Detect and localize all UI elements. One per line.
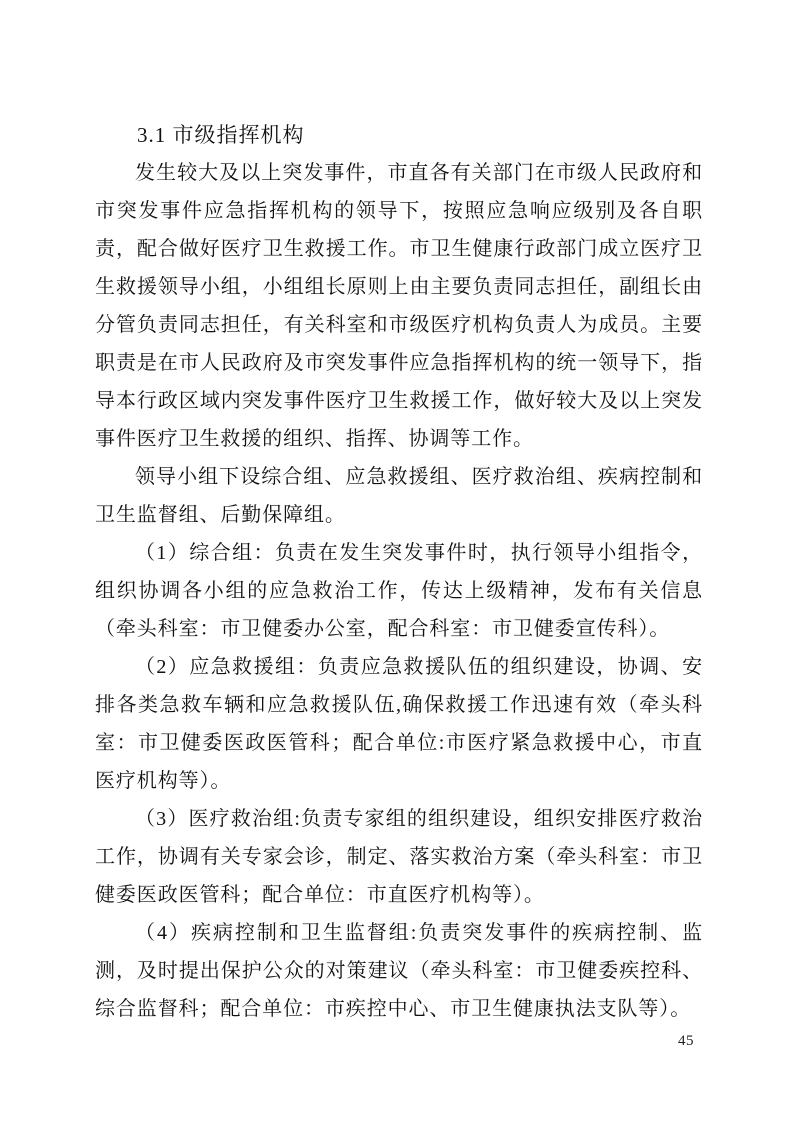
section-heading: 3.1 市级指挥机构 — [95, 116, 703, 154]
body-paragraph: 发生较大及以上突发事件，市直各有关部门在市级人民政府和市突发事件应急指挥机构的领… — [95, 154, 703, 458]
body-paragraph: （3）医疗救治组:负责专家组的组织建设，组织安排医疗救治工作，协调有关专家会诊，… — [95, 800, 703, 914]
body-paragraph: （1）综合组：负责在发生突发事件时，执行领导小组指令，组织协调各小组的应急救治工… — [95, 534, 703, 648]
page-number: 45 — [678, 1033, 694, 1050]
body-paragraph: （2）应急救援组：负责应急救援队伍的组织建设，协调、安排各类急救车辆和应急救援队… — [95, 648, 703, 800]
body-paragraph: （4）疾病控制和卫生监督组:负责突发事件的疾病控制、监测，及时提出保护公众的对策… — [95, 914, 703, 1028]
document-page: 3.1 市级指挥机构 发生较大及以上突发事件，市直各有关部门在市级人民政府和市突… — [0, 0, 794, 1122]
body-paragraph: 领导小组下设综合组、应急救援组、医疗救治组、疾病控制和卫生监督组、后勤保障组。 — [95, 458, 703, 534]
document-content: 3.1 市级指挥机构 发生较大及以上突发事件，市直各有关部门在市级人民政府和市突… — [95, 116, 703, 1028]
